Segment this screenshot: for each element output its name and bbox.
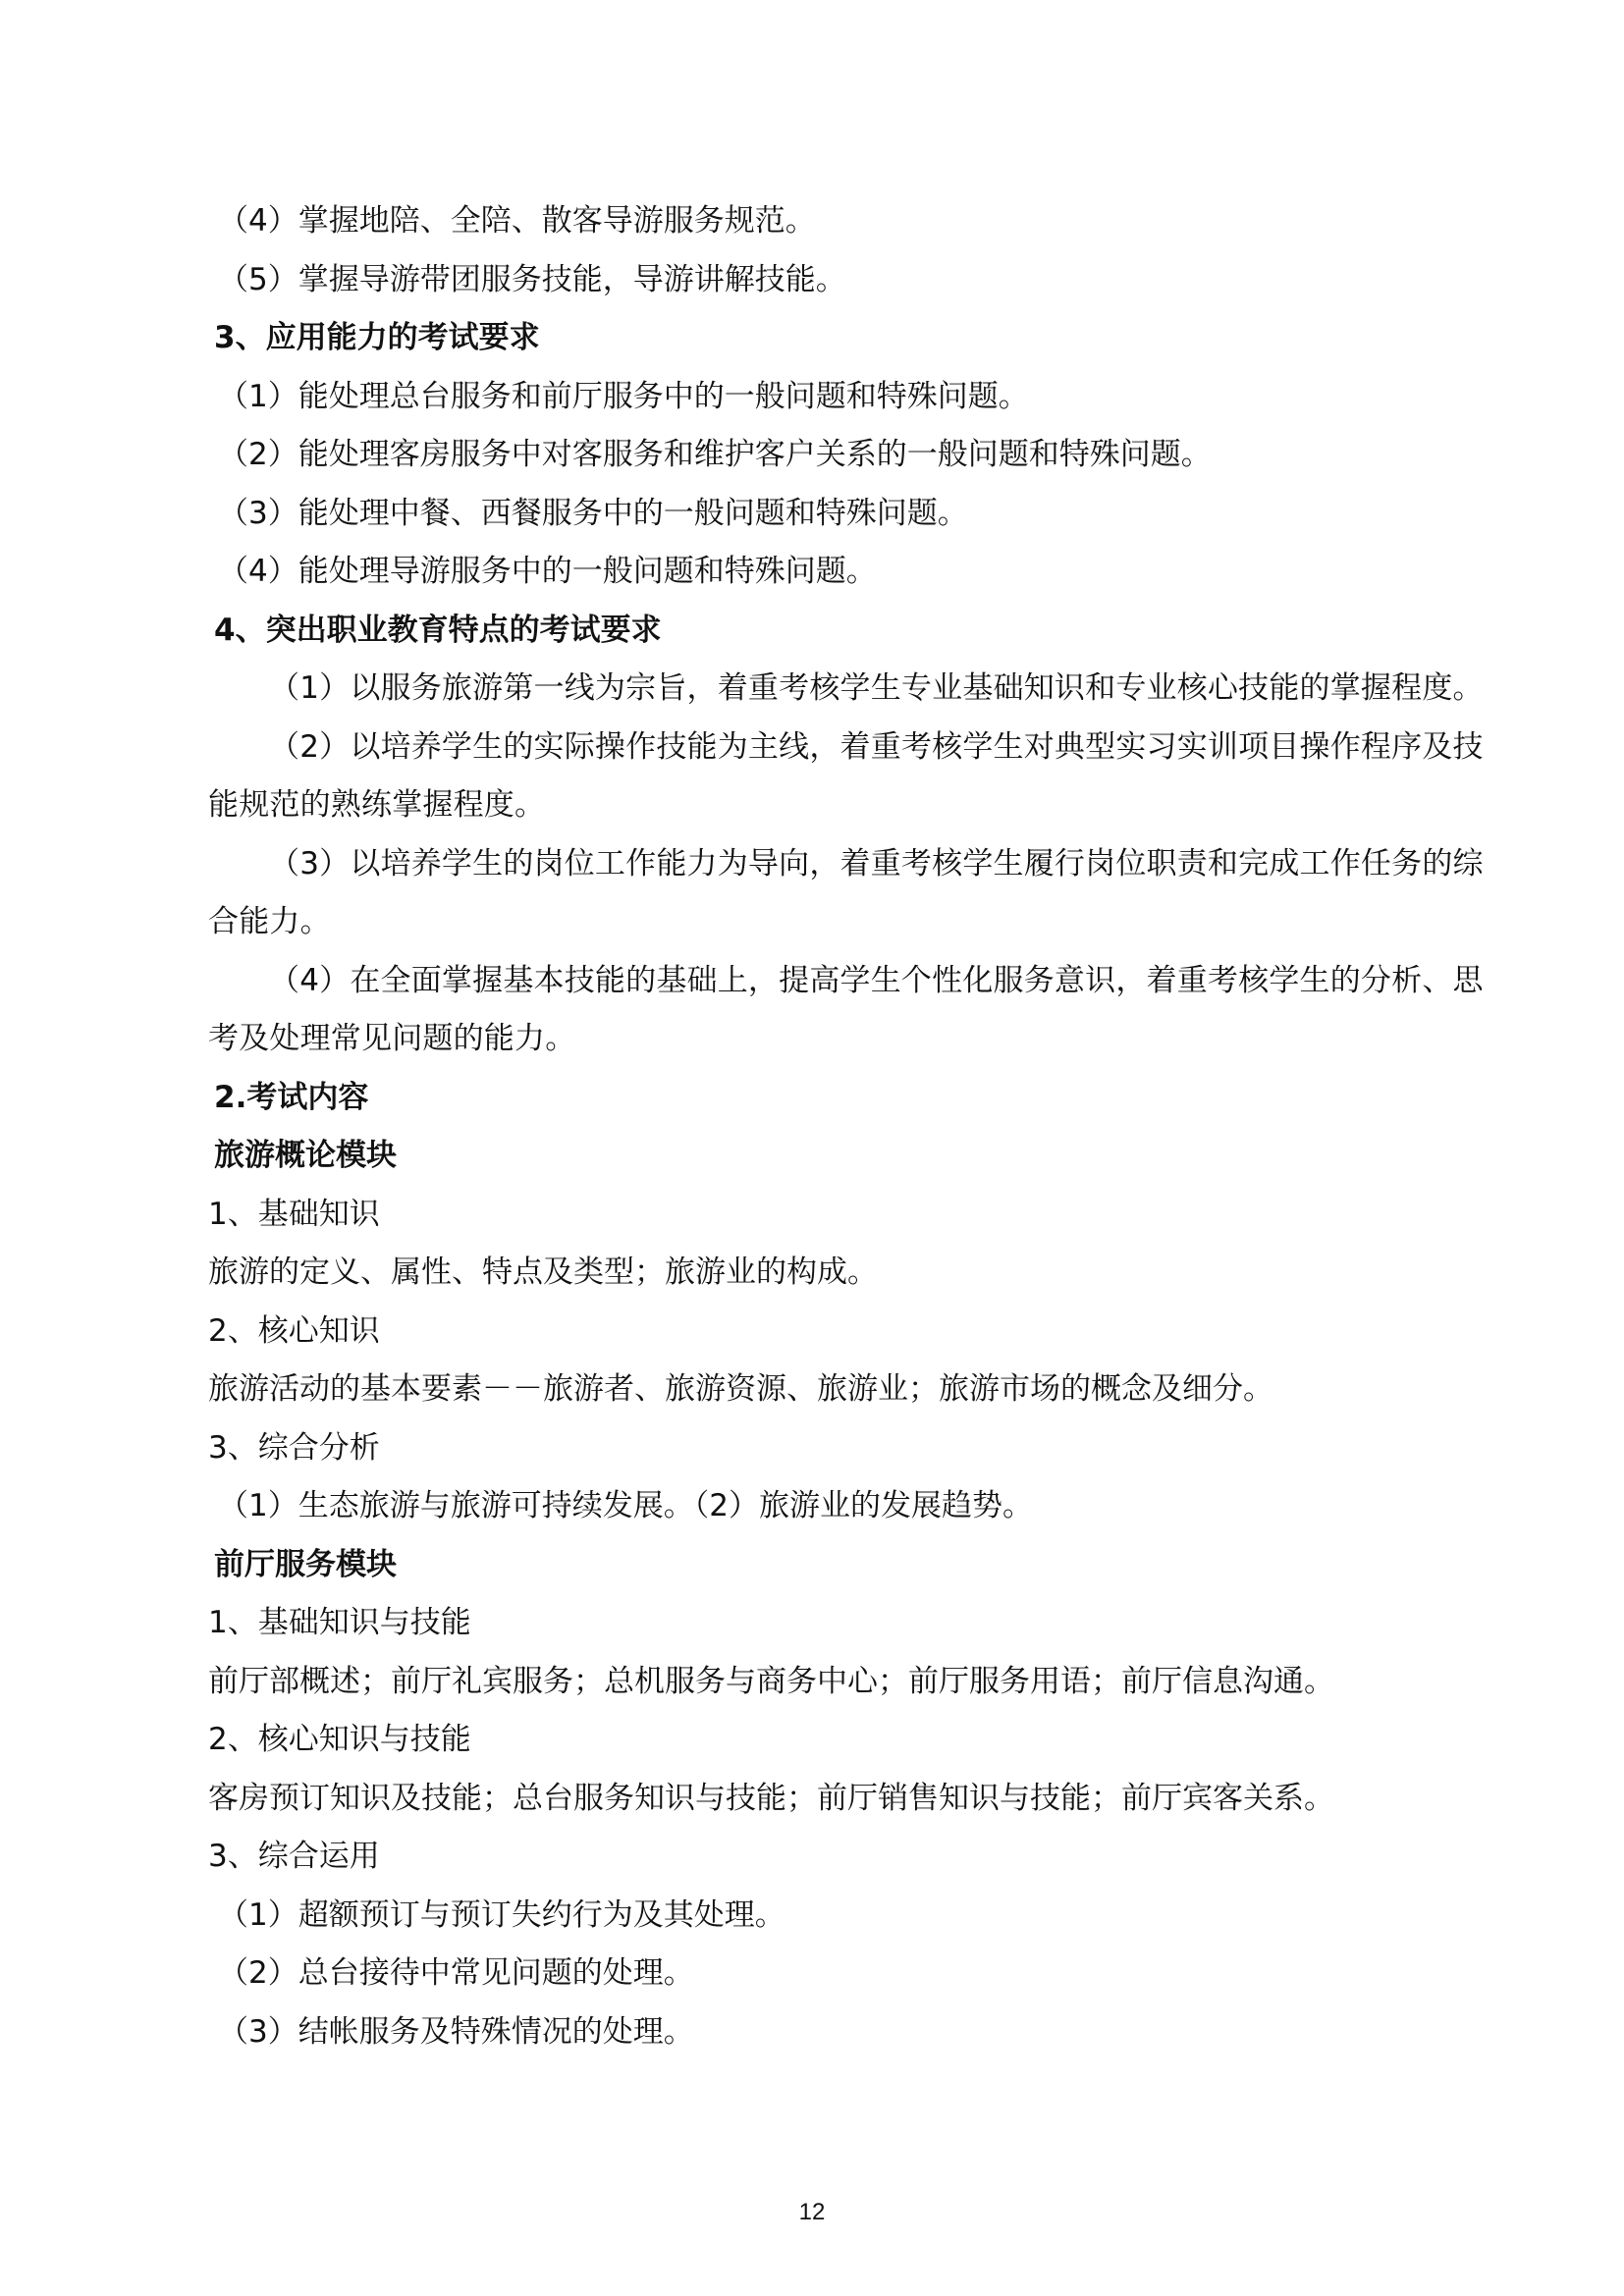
paragraph: （2）以培养学生的实际操作技能为主线，着重考核学生对典型实习实训项目操作程序及技… bbox=[208, 719, 1485, 835]
page-content: （4）掌握地陪、全陪、散客导游服务规范。 （5）掌握导游带团服务技能，导游讲解技… bbox=[208, 192, 1485, 2061]
subheading: 2、核心知识 bbox=[208, 1303, 1485, 1362]
list-item: （1）生态旅游与旅游可持续发展。（2）旅游业的发展趋势。 bbox=[208, 1477, 1485, 1536]
module-heading: 旅游概论模块 bbox=[208, 1127, 1485, 1186]
subheading: 3、综合运用 bbox=[208, 1828, 1485, 1887]
subheading: 1、基础知识与技能 bbox=[208, 1594, 1485, 1653]
subheading: 1、基础知识 bbox=[208, 1186, 1485, 1245]
section-heading: 3、应用能力的考试要求 bbox=[208, 309, 1485, 368]
list-item: （1）能处理总台服务和前厅服务中的一般问题和特殊问题。 bbox=[208, 368, 1485, 427]
body-text: 前厅部概述；前厅礼宾服务；总机服务与商务中心；前厅服务用语；前厅信息沟通。 bbox=[208, 1653, 1485, 1712]
list-item: （3）结帐服务及特殊情况的处理。 bbox=[208, 2003, 1485, 2062]
module-heading: 前厅服务模块 bbox=[208, 1536, 1485, 1595]
list-item: （2）总台接待中常见问题的处理。 bbox=[208, 1945, 1485, 2003]
paragraph: （3）以培养学生的岗位工作能力为导向，着重考核学生履行岗位职责和完成工作任务的综… bbox=[208, 835, 1485, 952]
paragraph: （1）以服务旅游第一线为宗旨，着重考核学生专业基础知识和专业核心技能的掌握程度。 bbox=[208, 660, 1485, 719]
section-heading: 4、突出职业教育特点的考试要求 bbox=[208, 602, 1485, 661]
page-number: 12 bbox=[0, 2199, 1624, 2226]
section-heading: 2.考试内容 bbox=[208, 1069, 1485, 1128]
list-item: （1）超额预订与预订失约行为及其处理。 bbox=[208, 1887, 1485, 1946]
list-item: （4）掌握地陪、全陪、散客导游服务规范。 bbox=[208, 192, 1485, 251]
body-text: 客房预订知识及技能；总台服务知识与技能；前厅销售知识与技能；前厅宾客关系。 bbox=[208, 1770, 1485, 1829]
document-page: （4）掌握地陪、全陪、散客导游服务规范。 （5）掌握导游带团服务技能，导游讲解技… bbox=[0, 0, 1624, 2296]
list-item: （4）能处理导游服务中的一般问题和特殊问题。 bbox=[208, 543, 1485, 602]
list-item: （5）掌握导游带团服务技能，导游讲解技能。 bbox=[208, 251, 1485, 310]
subheading: 3、综合分析 bbox=[208, 1419, 1485, 1478]
list-item: （2）能处理客房服务中对客服务和维护客户关系的一般问题和特殊问题。 bbox=[208, 426, 1485, 485]
list-item: （3）能处理中餐、西餐服务中的一般问题和特殊问题。 bbox=[208, 485, 1485, 544]
paragraph: （4）在全面掌握基本技能的基础上，提高学生个性化服务意识，着重考核学生的分析、思… bbox=[208, 952, 1485, 1069]
subheading: 2、核心知识与技能 bbox=[208, 1711, 1485, 1770]
body-text: 旅游活动的基本要素－－旅游者、旅游资源、旅游业；旅游市场的概念及细分。 bbox=[208, 1361, 1485, 1419]
body-text: 旅游的定义、属性、特点及类型；旅游业的构成。 bbox=[208, 1244, 1485, 1303]
